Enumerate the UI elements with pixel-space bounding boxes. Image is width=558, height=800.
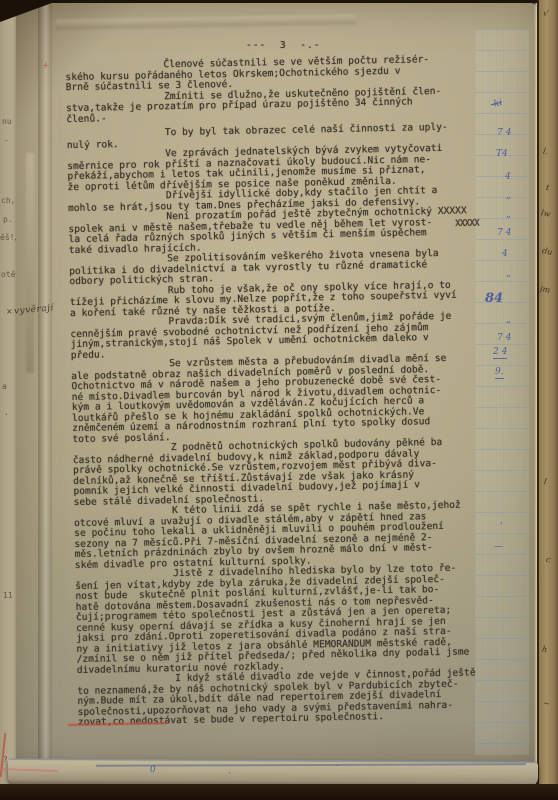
next-page-edge	[537, 0, 558, 800]
previous-page-text-fragment: nu	[2, 118, 12, 126]
blue-margin-tally-mark: „	[506, 270, 511, 279]
blue-margin-tally-mark: „	[506, 192, 511, 201]
blue-bottom-mark: 0	[150, 766, 156, 775]
red-pencil-cross: +	[42, 62, 50, 71]
blue-bottom-mark: -	[336, 762, 339, 771]
previous-page-text-fragment: 11	[3, 592, 13, 600]
previous-page-text-fragment: .	[4, 409, 9, 417]
typewritten-text-block: Členové súčastnili se ve větším počtu re…	[65, 54, 476, 728]
blue-margin-tally-mark: 4	[502, 250, 508, 259]
blue-margin-tally-mark: 7 4	[497, 334, 511, 343]
adjacent-page-handwriting: lw	[540, 209, 551, 219]
blue-margin-tally-mark: —	[494, 543, 503, 552]
blue-margin-tally-mark: 2 4	[493, 348, 507, 359]
previous-page-text-fragment: p.	[3, 216, 13, 224]
previous-page-text-fragment: otě	[1, 271, 15, 279]
page-fold-crease	[38, 3, 52, 775]
blue-bottom-mark: ·	[228, 770, 231, 779]
blue-margin-tally-mark: „	[506, 211, 511, 220]
previous-page-text-fragment: -	[4, 137, 9, 145]
blue-margin-tally-mark: T4	[496, 150, 508, 159]
blue-margin-tally-mark: „	[506, 316, 511, 325]
blue-margin-tally-mark: '	[500, 523, 502, 532]
paper-wrinkle	[56, 14, 356, 29]
blue-margin-tally-mark: 4	[505, 173, 511, 182]
blue-margin-tally-mark: 7 4	[497, 229, 511, 238]
blue-margin-tally-mark: 9.	[495, 368, 504, 379]
margin-note-tick: ×	[6, 308, 13, 316]
background-table	[0, 784, 558, 800]
photographed-archive-page: nu-ch,p.ěš!/otěa.11? √l.tlwdujmlch~ --- …	[0, 0, 558, 800]
blue-margin-tally-mark: 84	[485, 294, 503, 303]
adjacent-page-handwriting: ~	[542, 699, 550, 708]
page-number: --- 3 -.-	[246, 40, 321, 51]
previous-page-text-fragment: ch,	[1, 197, 15, 205]
previous-page-text-fragment: a	[2, 383, 7, 391]
blue-margin-tally-mark: 7 4	[497, 129, 511, 138]
paper-wrinkle	[26, 153, 34, 373]
typed-overstrike-crossout: XXXXX	[455, 219, 479, 229]
